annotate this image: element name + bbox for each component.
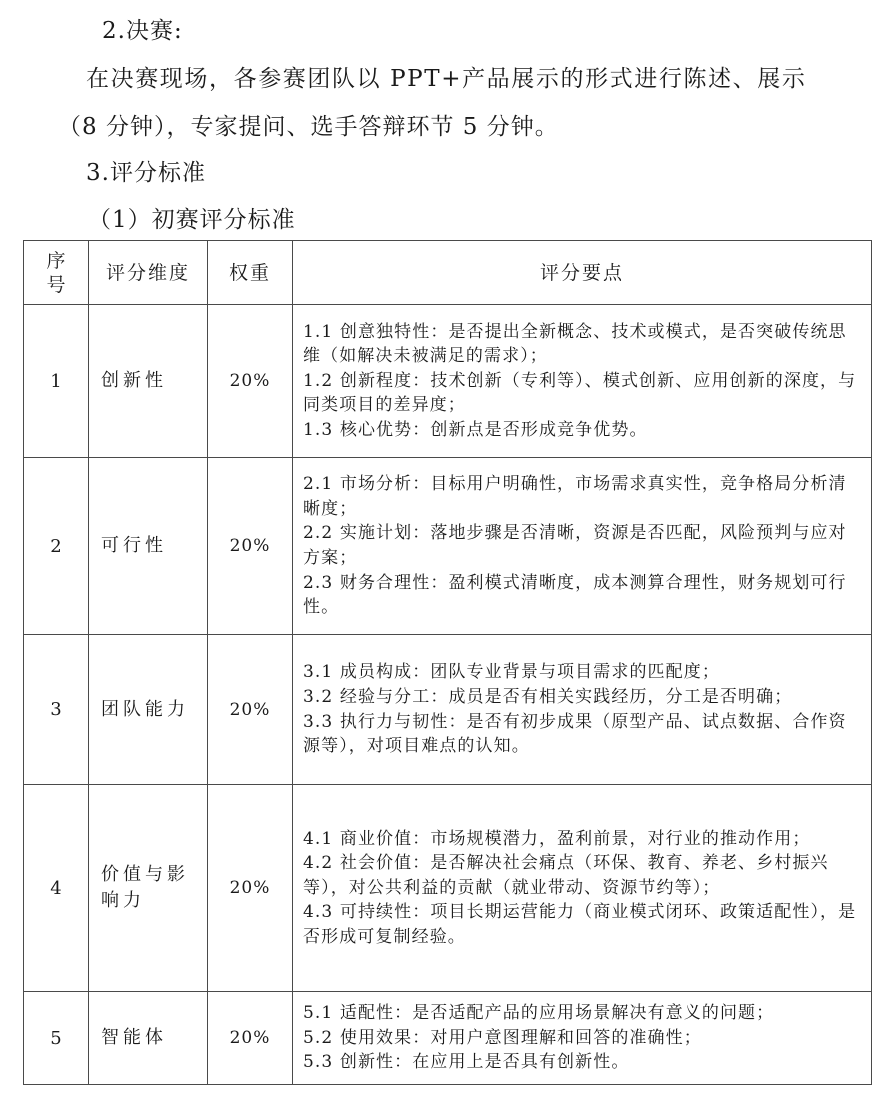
final-round-description-line-2: （8 分钟），专家提问、选手答辩环节 5 分钟。 <box>58 112 559 142</box>
header-no: 序号 <box>24 241 89 305</box>
final-round-description-line-1: 在决赛现场，各参赛团队以 PPT+产品展示的形式进行陈述、展示 <box>86 64 806 94</box>
scoring-table: 序号 评分维度 权重 评分要点 1 创新性 20% 1.1 创意独特性：是否提出… <box>23 240 872 1085</box>
point-item: 5.3 创新性：在应用上是否具有创新性。 <box>303 1050 863 1075</box>
table-header-row: 序号 评分维度 权重 评分要点 <box>24 241 872 305</box>
header-dimension: 评分维度 <box>89 241 208 305</box>
point-item: 4.2 社会价值：是否解决社会痛点（环保、教育、养老、乡村振兴等），对公共利益的… <box>303 851 863 900</box>
header-weight: 权重 <box>208 241 293 305</box>
table-row: 1 创新性 20% 1.1 创意独特性：是否提出全新概念、技术或模式，是否突破传… <box>24 305 872 458</box>
point-item: 1.2 创新程度：技术创新（专利等）、模式创新、应用创新的深度，与同类项目的差异… <box>303 369 863 418</box>
row-weight: 20% <box>208 992 293 1085</box>
row-points: 3.1 成员构成：团队专业背景与项目需求的匹配度； 3.2 经验与分工：成员是否… <box>293 635 872 785</box>
point-item: 3.3 执行力与韧性：是否有初步成果（原型产品、试点数据、合作资源等），对项目难… <box>303 710 863 759</box>
row-number: 1 <box>24 305 89 458</box>
row-weight: 20% <box>208 305 293 458</box>
point-item: 5.2 使用效果：对用户意图理解和回答的准确性； <box>303 1026 863 1051</box>
row-number: 3 <box>24 635 89 785</box>
scoring-criteria-heading: 3.评分标准 <box>86 158 206 188</box>
row-dimension: 智能体 <box>89 992 208 1085</box>
row-number: 4 <box>24 785 89 992</box>
row-weight: 20% <box>208 785 293 992</box>
point-item: 4.1 商业价值：市场规模潜力，盈利前景，对行业的推动作用； <box>303 827 863 852</box>
point-item: 2.2 实施计划：落地步骤是否清晰，资源是否匹配，风险预判与应对方案； <box>303 521 863 570</box>
preliminary-criteria-heading: （1）初赛评分标准 <box>88 205 296 235</box>
point-item: 1.3 核心优势：创新点是否形成竞争优势。 <box>303 418 863 443</box>
row-weight: 20% <box>208 635 293 785</box>
row-dimension: 团队能力 <box>89 635 208 785</box>
row-weight: 20% <box>208 458 293 635</box>
point-item: 2.1 市场分析：目标用户明确性，市场需求真实性，竞争格局分析清晰度； <box>303 472 863 521</box>
point-item: 1.1 创意独特性：是否提出全新概念、技术或模式，是否突破传统思维（如解决未被满… <box>303 320 863 369</box>
table-row: 2 可行性 20% 2.1 市场分析：目标用户明确性，市场需求真实性，竞争格局分… <box>24 458 872 635</box>
header-points: 评分要点 <box>293 241 872 305</box>
table-row: 5 智能体 20% 5.1 适配性：是否适配产品的应用场景解决有意义的问题； 5… <box>24 992 872 1085</box>
row-dimension: 创新性 <box>89 305 208 458</box>
table-row: 4 价值与影响力 20% 4.1 商业价值：市场规模潜力，盈利前景，对行业的推动… <box>24 785 872 992</box>
row-points: 4.1 商业价值：市场规模潜力，盈利前景，对行业的推动作用； 4.2 社会价值：… <box>293 785 872 992</box>
row-number: 2 <box>24 458 89 635</box>
point-item: 5.1 适配性：是否适配产品的应用场景解决有意义的问题； <box>303 1001 863 1026</box>
row-points: 5.1 适配性：是否适配产品的应用场景解决有意义的问题； 5.2 使用效果：对用… <box>293 992 872 1085</box>
row-points: 2.1 市场分析：目标用户明确性，市场需求真实性，竞争格局分析清晰度； 2.2 … <box>293 458 872 635</box>
point-item: 3.2 经验与分工：成员是否有相关实践经历，分工是否明确； <box>303 685 863 710</box>
row-points: 1.1 创意独特性：是否提出全新概念、技术或模式，是否突破传统思维（如解决未被满… <box>293 305 872 458</box>
row-dimension: 价值与影响力 <box>89 785 208 992</box>
point-item: 4.3 可持续性：项目长期运营能力（商业模式闭环、政策适配性），是否形成可复制经… <box>303 900 863 949</box>
final-round-heading: 2.决赛: <box>102 16 183 46</box>
row-dimension: 可行性 <box>89 458 208 635</box>
table-row: 3 团队能力 20% 3.1 成员构成：团队专业背景与项目需求的匹配度； 3.2… <box>24 635 872 785</box>
row-number: 5 <box>24 992 89 1085</box>
point-item: 2.3 财务合理性：盈利模式清晰度，成本测算合理性，财务规划可行性。 <box>303 571 863 620</box>
point-item: 3.1 成员构成：团队专业背景与项目需求的匹配度； <box>303 660 863 685</box>
